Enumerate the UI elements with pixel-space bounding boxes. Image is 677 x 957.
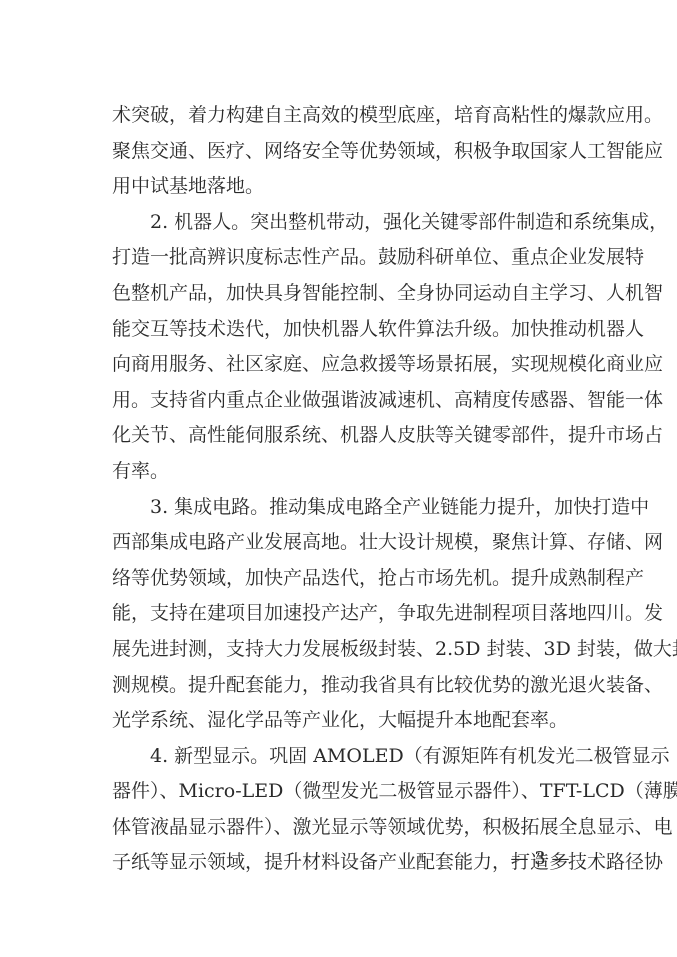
text-line: 用中试基地落地。 [112, 169, 590, 205]
text-line: 器件）、Micro-LED（微型发光二极管显示器件）、TFT-LCD（薄膜晶 [112, 774, 590, 810]
text-line: 打造一批高辨识度标志性产品。鼓励科研单位、重点企业发展特 [112, 240, 590, 276]
text-line: 展先进封测，支持大力发展板级封装、2.5D 封装、3D 封装，做大封 [112, 632, 590, 668]
text-line: 能，支持在建项目加速投产达产，争取先进制程项目落地四川。发 [112, 596, 590, 632]
section-heading-line: 4. 新型显示。巩固 AMOLED（有源矩阵有机发光二极管显示 [112, 739, 590, 775]
paragraph-integrated-circuits: 3. 集成电路。推动集成电路全产业链能力提升，加快打造中 西部集成电路产业发展高… [112, 490, 590, 739]
text-line: 化关节、高性能伺服系统、机器人皮肤等关键零部件，提升市场占 [112, 418, 590, 454]
text-line: 光学系统、湿化学品等产业化，大幅提升本地配套率。 [112, 703, 590, 739]
text-line: 有率。 [112, 454, 590, 490]
text-line: 体管液晶显示器件）、激光显示等领域优势，积极拓展全息显示、电 [112, 810, 590, 846]
document-page: 术突破，着力构建自主高效的模型底座，培育高粘性的爆款应用。 聚焦交通、医疗、网络… [112, 98, 590, 881]
section-heading-line: 3. 集成电路。推动集成电路全产业链能力提升，加快打造中 [112, 490, 590, 526]
text-line: 测规模。提升配套能力，推动我省具有比较优势的激光退火装备、 [112, 668, 590, 704]
section-heading-line: 2. 机器人。突出整机带动，强化关键零部件制造和系统集成， [112, 205, 590, 241]
text-line: 向商用服务、社区家庭、应急救援等场景拓展，实现规模化商业应 [112, 347, 590, 383]
text-line: 术突破，着力构建自主高效的模型底座，培育高粘性的爆款应用。 [112, 98, 590, 134]
text-line: 络等优势领域，加快产品迭代，抢占市场先机。提升成熟制程产 [112, 561, 590, 597]
text-line: 能交互等技术迭代，加快机器人软件算法升级。加快推动机器人 [112, 312, 590, 348]
text-line: 用。支持省内重点企业做强谐波减速机、高精度传感器、智能一体 [112, 383, 590, 419]
text-line: 聚焦交通、医疗、网络安全等优势领域，积极争取国家人工智能应 [112, 134, 590, 170]
paragraph-ai-continuation: 术突破，着力构建自主高效的模型底座，培育高粘性的爆款应用。 聚焦交通、医疗、网络… [112, 98, 590, 205]
paragraph-robots: 2. 机器人。突出整机带动，强化关键零部件制造和系统集成， 打造一批高辨识度标志… [112, 205, 590, 490]
text-line: 西部集成电路产业发展高地。壮大设计规模，聚焦计算、存储、网 [112, 525, 590, 561]
text-line: 色整机产品，加快具身智能控制、全身协同运动自主学习、人机智 [112, 276, 590, 312]
page-number: — 3 — [500, 848, 580, 869]
